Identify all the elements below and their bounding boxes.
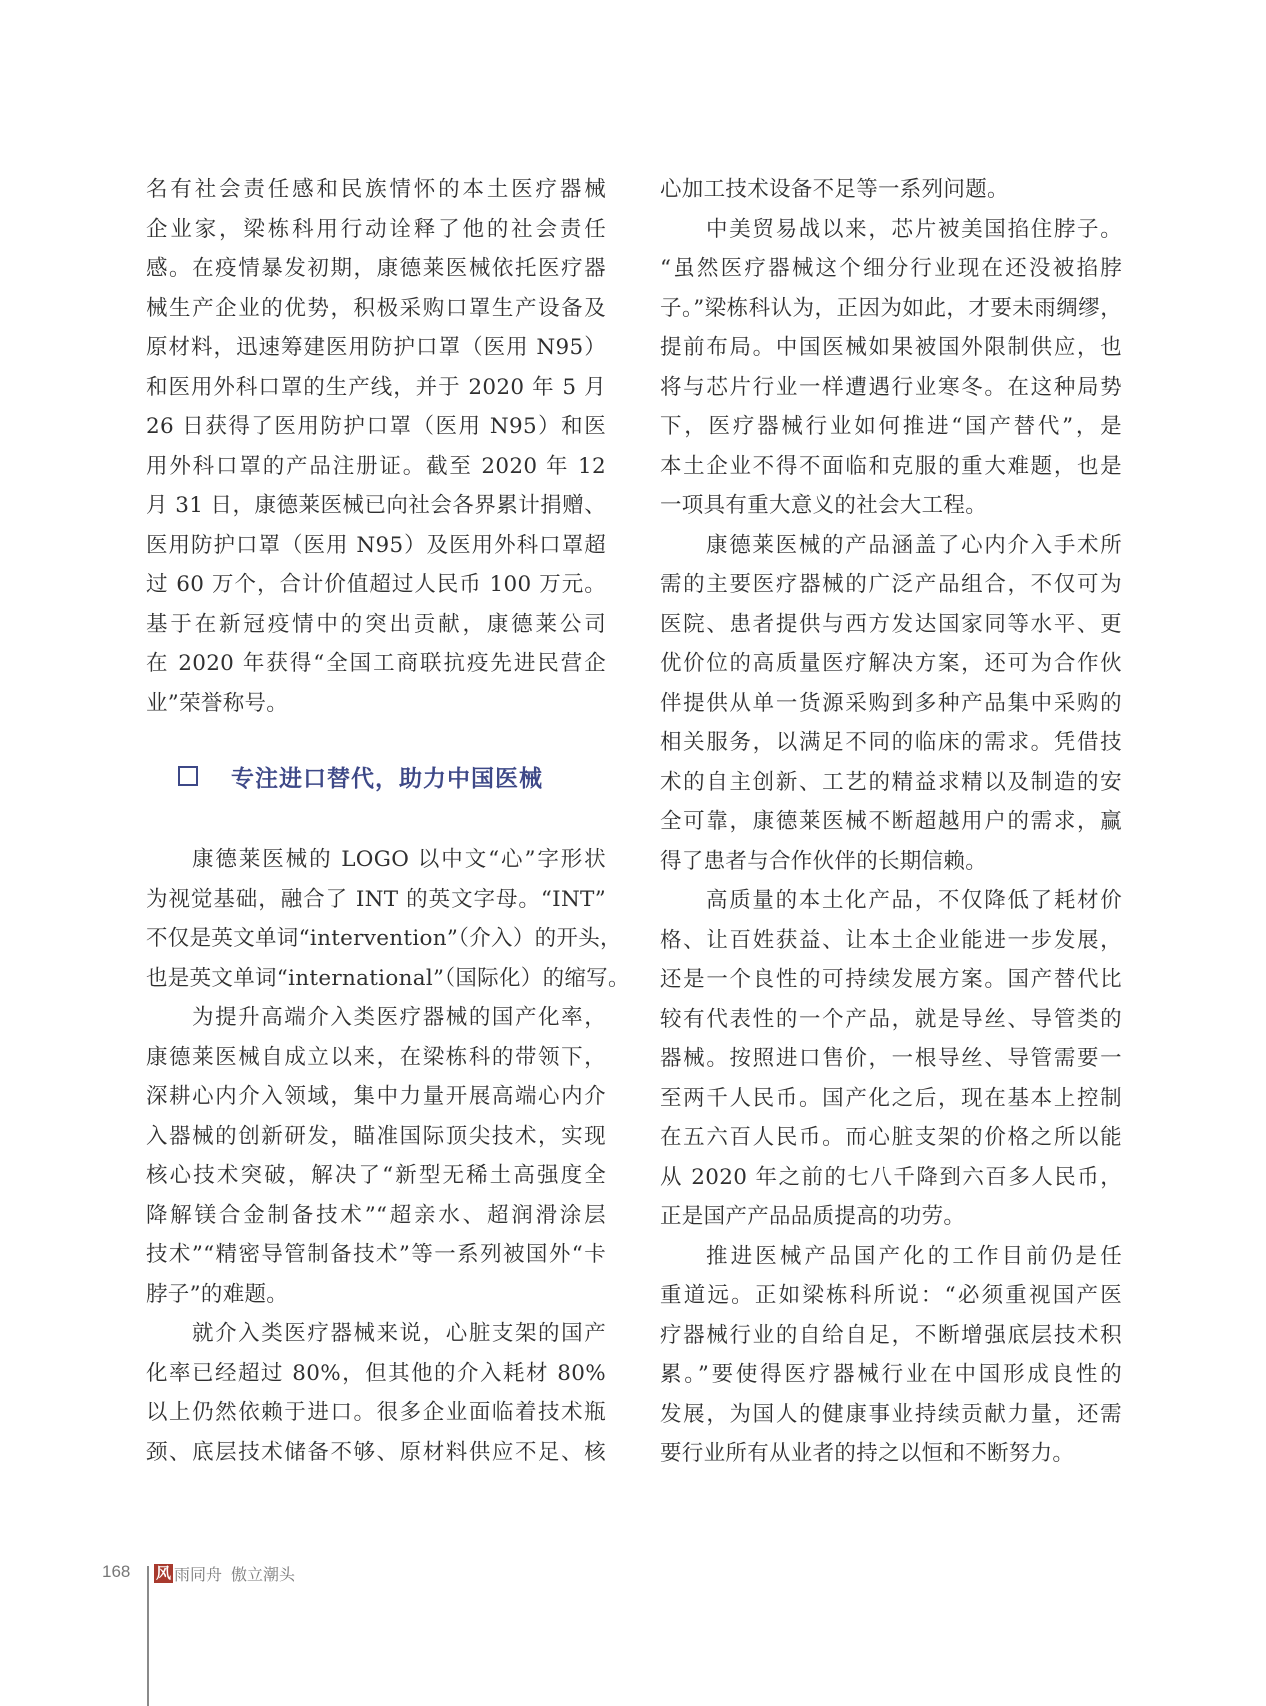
- text-line: 化率已经超过 80%，但其他的介入耗材 80%: [146, 1354, 606, 1394]
- text-line: 推进医械产品国产化的工作目前仍是任: [660, 1237, 1122, 1277]
- left-column-bottom: 康德莱医械的 LOGO 以中文“心”字形状 为视觉基础，融合了 INT 的英文字…: [146, 840, 606, 1472]
- page-number: 168: [102, 1562, 130, 1582]
- text-line: 也是英文单词“international”（国际化）的缩写。: [146, 959, 606, 999]
- text-line: 感。在疫情暴发初期，康德莱医械依托医疗器: [146, 249, 606, 289]
- running-title-part2: 傲立潮头: [231, 1562, 295, 1585]
- text-line: 就介入类医疗器械来说，心脏支架的国产: [146, 1314, 606, 1354]
- text-line: 康德莱医械的产品涵盖了心内介入手术所: [660, 526, 1122, 566]
- text-line: 深耕心内介入领域，集中力量开展高端心内介: [146, 1077, 606, 1117]
- text-line: 本土企业不得不面临和克服的重大难题，也是: [660, 447, 1122, 487]
- text-line: 为视觉基础，融合了 INT 的英文字母。“INT”: [146, 880, 606, 920]
- text-line: 颈、底层技术储备不够、原材料供应不足、核: [146, 1433, 606, 1473]
- text-line: 在五六百人民币。而心脏支架的价格之所以能: [660, 1118, 1122, 1158]
- text-line: 康德莱医械的 LOGO 以中文“心”字形状: [146, 840, 606, 880]
- text-line: 发展，为国人的健康事业持续贡献力量，还需: [660, 1395, 1122, 1435]
- text-line: 全可靠，康德莱医械不断超越用户的需求，赢: [660, 802, 1122, 842]
- text-line: 优价位的高质量医疗解决方案，还可为合作伙: [660, 644, 1122, 684]
- left-column-top: 名有社会责任感和民族情怀的本土医疗器械 企业家，梁栋科用行动诠释了他的社会责任 …: [146, 170, 606, 723]
- text-line: 核心技术突破，解决了“新型无稀土高强度全: [146, 1156, 606, 1196]
- footer-divider: [147, 1566, 149, 1706]
- text-line: 不仅是英文单词“intervention”（介入）的开头，: [146, 919, 606, 959]
- text-line: 格、让百姓获益、让本土企业能进一步发展，: [660, 921, 1122, 961]
- text-line: 相关服务，以满足不同的临床的需求。凭借技: [660, 723, 1122, 763]
- text-line: 降解镁合金制备技术”“超亲水、超润滑涂层: [146, 1196, 606, 1236]
- running-title: 风 雨同舟 傲立潮头: [154, 1562, 295, 1585]
- text-line: 医用防护口罩（医用 N95）及医用外科口罩超: [146, 526, 606, 566]
- text-line: 脖子”的难题。: [146, 1275, 606, 1315]
- text-line: 伴提供从单一货源采购到多种产品集中采购的: [660, 684, 1122, 724]
- text-line: 至两千人民币。国产化之后，现在基本上控制: [660, 1079, 1122, 1119]
- text-line: 得了患者与合作伙伴的长期信赖。: [660, 842, 1122, 882]
- text-line: 子。”梁栋科认为，正因为如此，才要未雨绸缪，: [660, 289, 1122, 329]
- hollow-square-icon: [178, 766, 198, 786]
- text-line: 还是一个良性的可持续发展方案。国产替代比: [660, 960, 1122, 1000]
- text-line: 重道远。正如梁栋科所说：“必须重视国产医: [660, 1276, 1122, 1316]
- text-line: 高质量的本土化产品，不仅降低了耗材价: [660, 881, 1122, 921]
- text-line: 26 日获得了医用防护口罩（医用 N95）和医: [146, 407, 606, 447]
- text-line: 名有社会责任感和民族情怀的本土医疗器械: [146, 170, 606, 210]
- text-line: 疗器械行业的自给自足，不断增强底层技术积: [660, 1316, 1122, 1356]
- text-line: 下，医疗器械行业如何推进“国产替代”，是: [660, 407, 1122, 447]
- text-line: 康德莱医械自成立以来，在梁栋科的带领下，: [146, 1038, 606, 1078]
- text-line: 业”荣誉称号。: [146, 684, 606, 724]
- text-line: 要行业所有从业者的持之以恒和不断努力。: [660, 1434, 1122, 1474]
- text-line: 提前布局。中国医械如果被国外限制供应，也: [660, 328, 1122, 368]
- text-line: 一项具有重大意义的社会大工程。: [660, 486, 1122, 526]
- running-title-part1: 雨同舟: [174, 1562, 222, 1585]
- text-line: 中美贸易战以来，芯片被美国掐住脖子。: [660, 210, 1122, 250]
- text-line: 在 2020 年获得“全国工商联抗疫先进民营企: [146, 644, 606, 684]
- text-line: 从 2020 年之前的七八千降到六百多人民币，: [660, 1158, 1122, 1198]
- text-line: 技术”“精密导管制备技术”等一系列被国外“卡: [146, 1235, 606, 1275]
- text-line: 入器械的创新研发，瞄准国际顶尖技术，实现: [146, 1117, 606, 1157]
- text-line: 较有代表性的一个产品，就是导丝、导管类的: [660, 1000, 1122, 1040]
- text-line: 将与芯片行业一样遭遇行业寒冬。在这种局势: [660, 368, 1122, 408]
- text-line: 正是国产产品品质提高的功劳。: [660, 1197, 1122, 1237]
- text-line: 以上仍然依赖于进口。很多企业面临着技术瓶: [146, 1393, 606, 1433]
- text-line: 基于在新冠疫情中的突出贡献，康德莱公司: [146, 605, 606, 645]
- text-line: 械生产企业的优势，积极采购口罩生产设备及: [146, 289, 606, 329]
- text-line: 术的自主创新、工艺的精益求精以及制造的安: [660, 763, 1122, 803]
- text-line: 心加工技术设备不足等一系列问题。: [660, 170, 1122, 210]
- text-line: 医院、患者提供与西方发达国家同等水平、更: [660, 605, 1122, 645]
- text-line: 累。”要使得医疗器械行业在中国形成良性的: [660, 1355, 1122, 1395]
- text-line: 为提升高端介入类医疗器械的国产化率，: [146, 998, 606, 1038]
- feng-logo-icon: 风: [154, 1564, 173, 1583]
- text-line: 需的主要医疗器械的广泛产品组合，不仅可为: [660, 565, 1122, 605]
- text-line: 企业家，梁栋科用行动诠释了他的社会责任: [146, 210, 606, 250]
- text-line: 和医用外科口罩的生产线，并于 2020 年 5 月: [146, 368, 606, 408]
- text-line: 原材料，迅速筹建医用防护口罩（医用 N95）: [146, 328, 606, 368]
- text-line: 过 60 万个，合计价值超过人民币 100 万元。: [146, 565, 606, 605]
- text-line: 月 31 日，康德莱医械已向社会各界累计捐赠、: [146, 486, 606, 526]
- section-heading-text: 专注进口替代，助力中国医械: [231, 760, 543, 793]
- right-column: 心加工技术设备不足等一系列问题。 中美贸易战以来，芯片被美国掐住脖子。 “虽然医…: [660, 170, 1122, 1474]
- text-line: 器械。按照进口售价，一根导丝、导管需要一: [660, 1039, 1122, 1079]
- section-heading: 专注进口替代，助力中国医械: [178, 760, 543, 792]
- text-line: “虽然医疗器械这个细分行业现在还没被掐脖: [660, 249, 1122, 289]
- text-line: 用外科口罩的产品注册证。截至 2020 年 12: [146, 447, 606, 487]
